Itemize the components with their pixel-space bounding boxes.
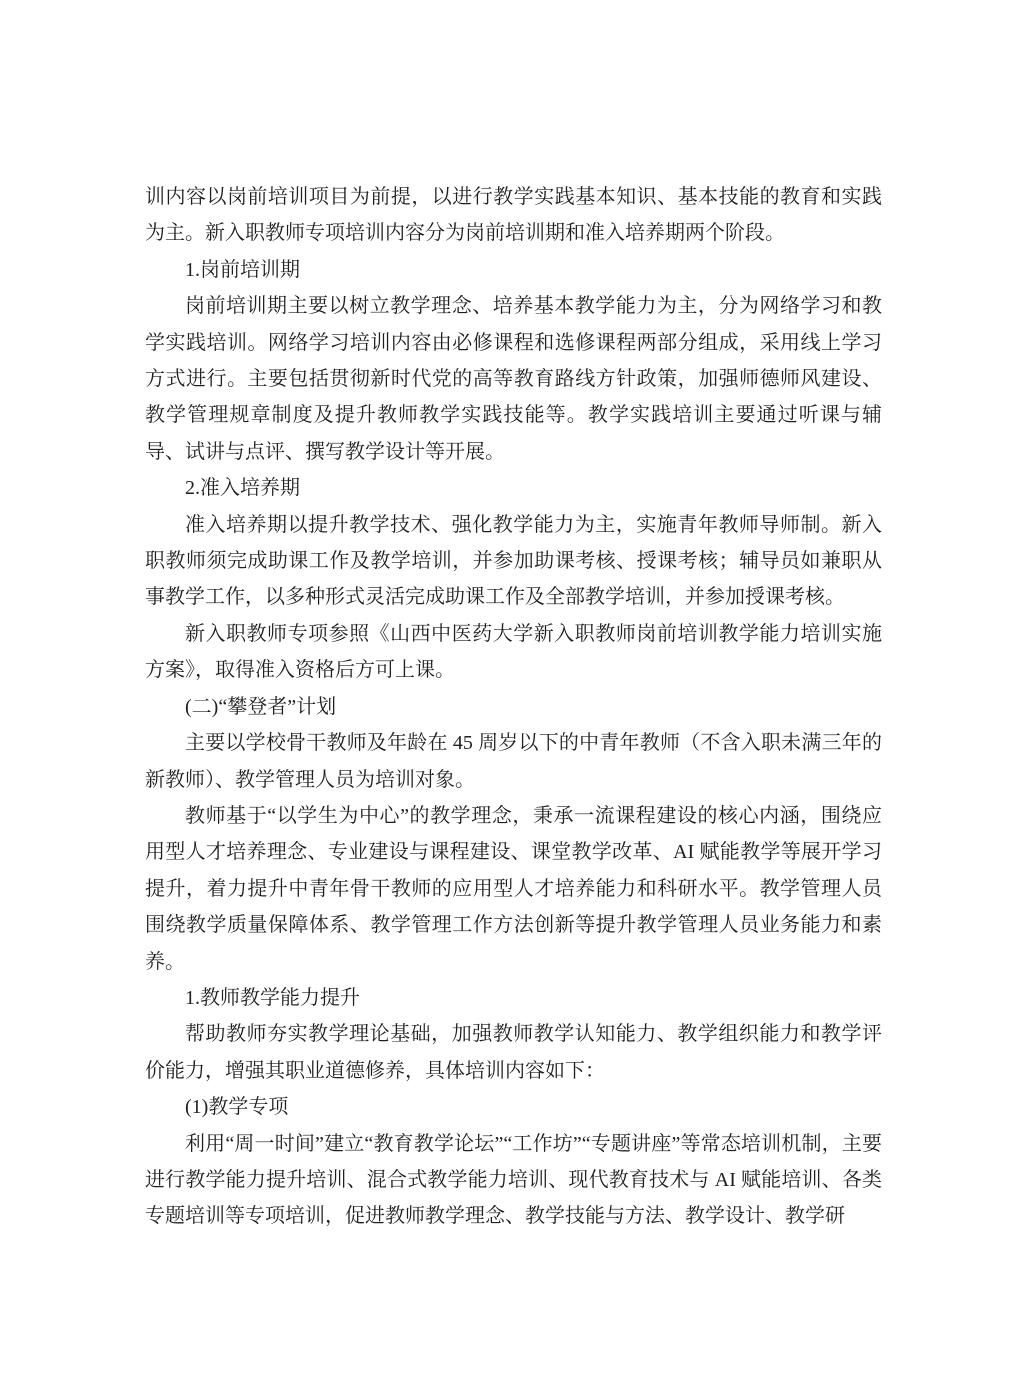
paragraph: 1.教师教学能力提升 bbox=[145, 980, 882, 1016]
paragraph: 准入培养期以提升教学技术、强化教学能力为主，实施青年教师导师制。新入职教师须完成… bbox=[145, 507, 882, 616]
paragraph: 训内容以岗前培训项目为前提，以进行教学实践基本知识、基本技能的教育和实践为主。新… bbox=[145, 179, 882, 252]
paragraph: 2.准入培养期 bbox=[145, 470, 882, 506]
paragraph: (1)教学专项 bbox=[145, 1089, 882, 1125]
paragraph: 岗前培训期主要以树立教学理念、培养基本教学能力为主，分为网络学习和教学实践培训。… bbox=[145, 288, 882, 470]
paragraph: 教师基于“以学生为中心”的教学理念，秉承一流课程建设的核心内涵，围绕应用型人才培… bbox=[145, 798, 882, 980]
paragraph: 新入职教师专项参照《山西中医药大学新入职教师岗前培训教学能力培训实施方案》，取得… bbox=[145, 616, 882, 689]
document-page: 训内容以岗前培训项目为前提，以进行教学实践基本知识、基本技能的教育和实践为主。新… bbox=[0, 0, 1024, 1379]
paragraph: 帮助教师夯实教学理论基础，加强教师教学认知能力、教学组织能力和教学评价能力，增强… bbox=[145, 1016, 882, 1089]
paragraph: (二)“攀登者”计划 bbox=[145, 689, 882, 725]
paragraph: 利用“周一时间”建立“教育教学论坛”“工作坊”“专题讲座”等常态培训机制，主要进… bbox=[145, 1126, 882, 1235]
document-body: 训内容以岗前培训项目为前提，以进行教学实践基本知识、基本技能的教育和实践为主。新… bbox=[145, 179, 882, 1235]
paragraph: 主要以学校骨干教师及年龄在 45 周岁以下的中青年教师（不含入职未满三年的新教师… bbox=[145, 725, 882, 798]
paragraph: 1.岗前培训期 bbox=[145, 252, 882, 288]
